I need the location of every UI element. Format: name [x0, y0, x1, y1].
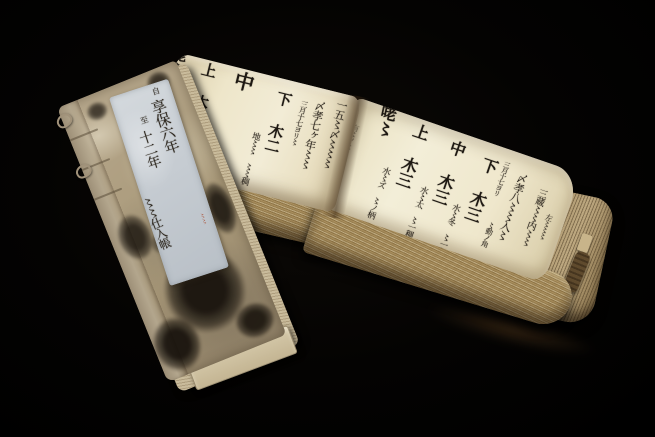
calligraphy-column: 中 — [231, 69, 255, 93]
label-from-prefix: 自 — [150, 86, 160, 95]
calligraphy-column: 中 木三 — [430, 138, 467, 207]
calligraphy-column: 上 木三 — [393, 121, 430, 190]
photo-canvas: 有〻ノ〻〻〻 咾〻 上 木三 水〻ズ 〻ノ柄 中 木三 水〻太 〻一稠 三月十七… — [0, 0, 655, 437]
calligraphy-column: 〻動ノ角 — [480, 221, 496, 248]
calligraphy-column: 下 木二 — [263, 90, 293, 155]
calligraphy-column: 水〻ズ 〻ノ柄 — [365, 165, 391, 219]
calligraphy-column: 咾〻 — [375, 103, 397, 138]
calligraphy-column: 水〻太 〻一稠 — [403, 185, 429, 239]
calligraphy-column: 地〻〻 〻〻稠 — [239, 131, 260, 185]
label-to-prefix: 至 — [139, 115, 149, 124]
calligraphy-column: 左〻〻〻 — [538, 213, 554, 240]
red-inventory-mark: 〻〻 — [197, 212, 206, 225]
